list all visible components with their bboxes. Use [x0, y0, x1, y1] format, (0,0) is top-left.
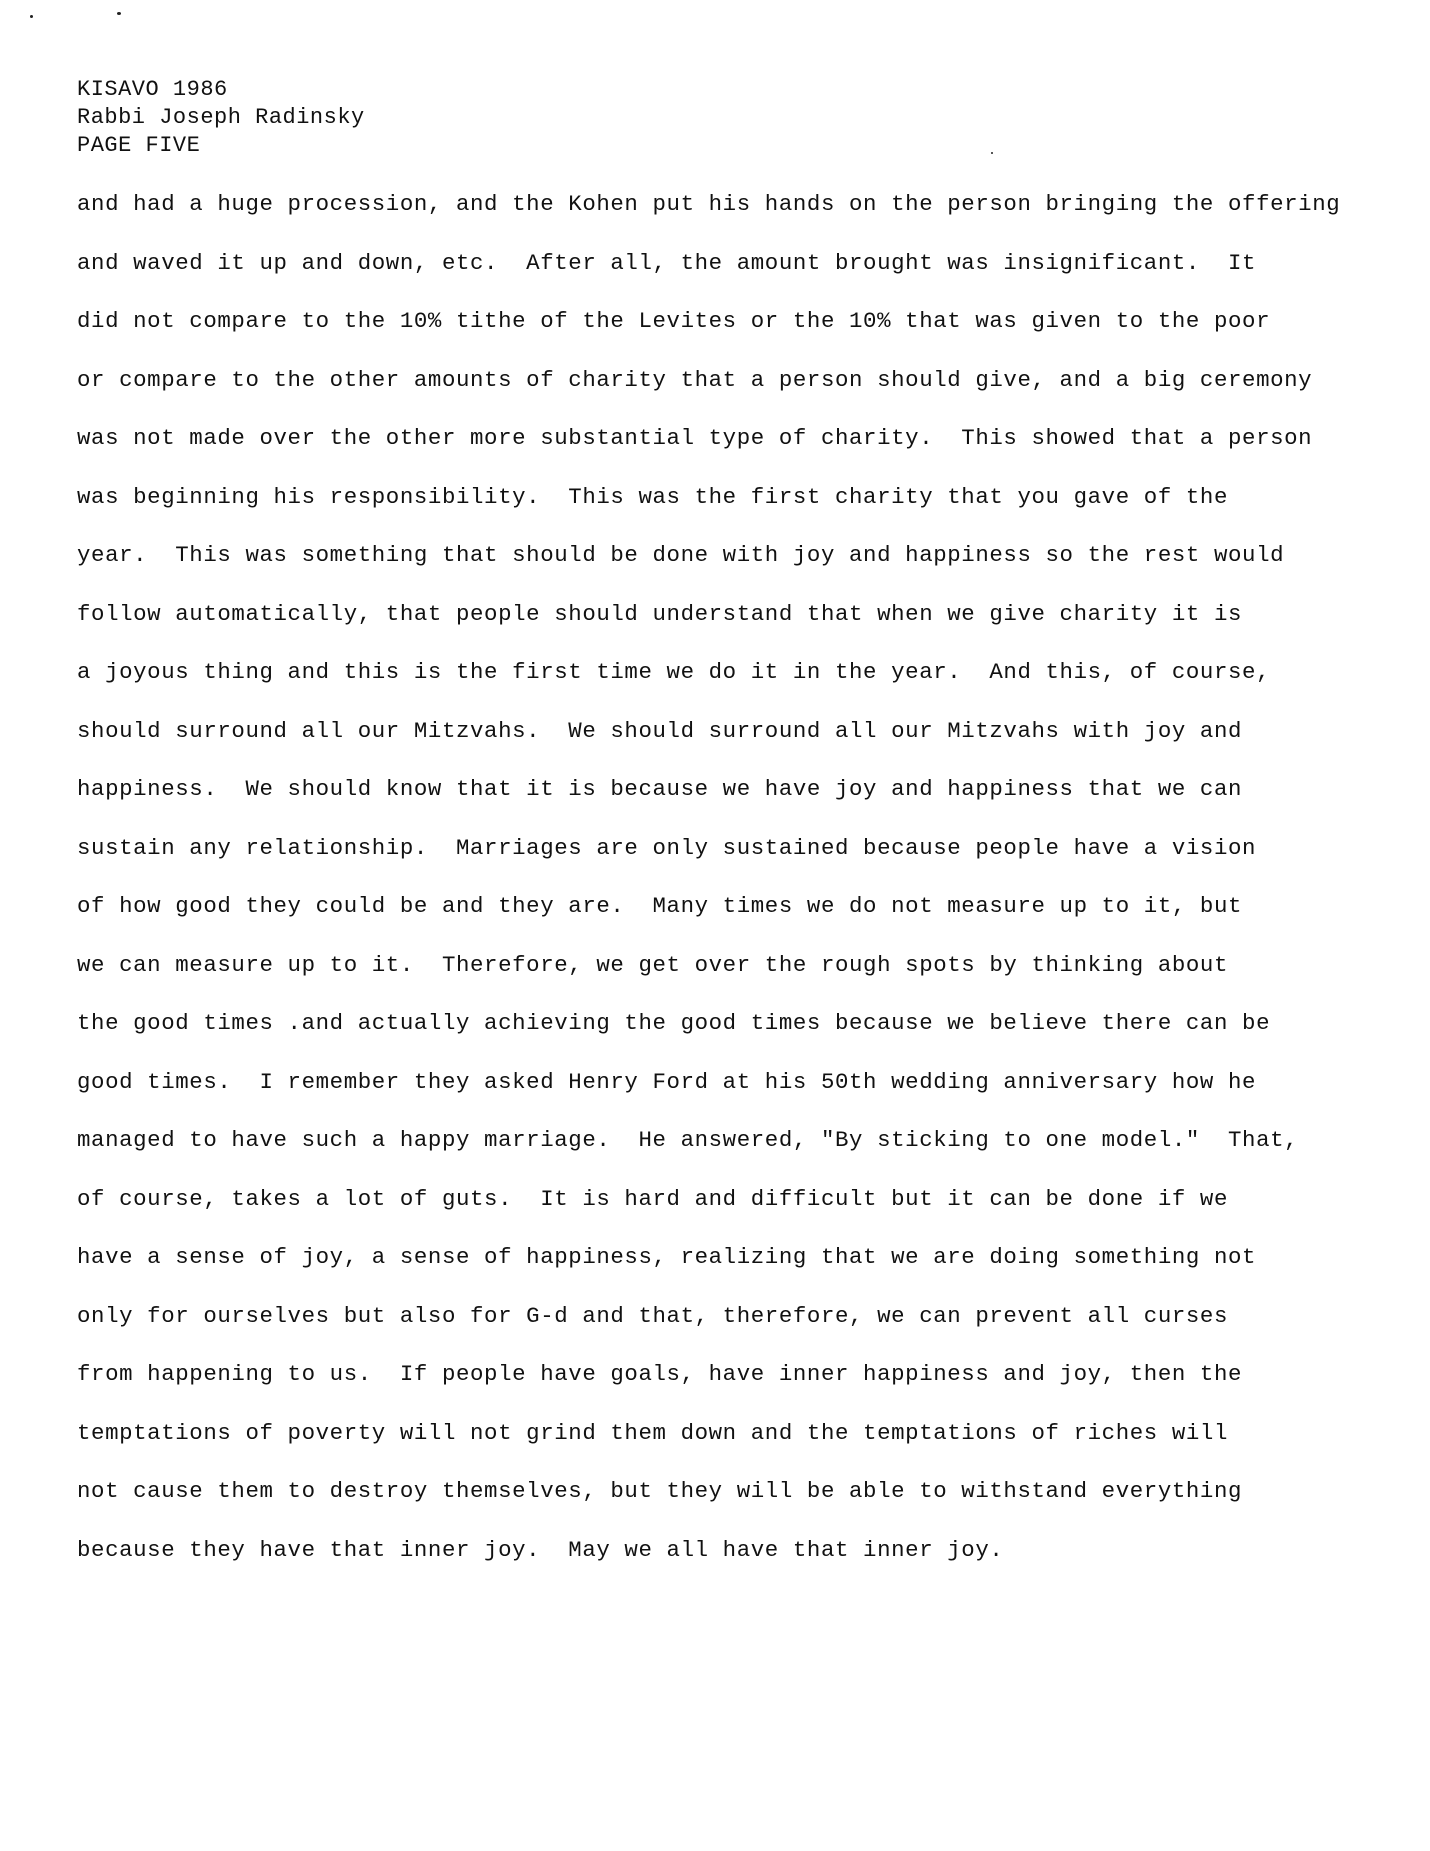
body-text-line: we can measure up to it. Therefore, we g…: [77, 951, 1377, 1010]
body-text-line: should surround all our Mitzvahs. We sho…: [77, 717, 1377, 776]
body-text-line: the good times .and actually achieving t…: [77, 1009, 1377, 1068]
body-text-line: good times. I remember they asked Henry …: [77, 1068, 1377, 1127]
body-text-line: because they have that inner joy. May we…: [77, 1536, 1377, 1595]
body-text-line: did not compare to the 10% tithe of the …: [77, 307, 1377, 366]
body-text-line: of course, takes a lot of guts. It is ha…: [77, 1185, 1377, 1244]
body-text-line: was not made over the other more substan…: [77, 424, 1377, 483]
body-text-line: have a sense of joy, a sense of happines…: [77, 1243, 1377, 1302]
body-text-line: managed to have such a happy marriage. H…: [77, 1126, 1377, 1185]
document-author: Rabbi Joseph Radinsky: [77, 104, 365, 132]
body-text-line: not cause them to destroy themselves, bu…: [77, 1477, 1377, 1536]
scan-speck: [30, 15, 33, 18]
page-label: PAGE FIVE: [77, 132, 365, 160]
document-body: and had a huge procession, and the Kohen…: [77, 190, 1377, 1594]
body-text-line: temptations of poverty will not grind th…: [77, 1419, 1377, 1478]
body-text-line: year. This was something that should be …: [77, 541, 1377, 600]
body-text-line: happiness. We should know that it is bec…: [77, 775, 1377, 834]
scan-speck: [117, 12, 121, 15]
body-text-line: follow automatically, that people should…: [77, 600, 1377, 659]
scan-speck: [991, 152, 993, 154]
body-text-line: was beginning his responsibility. This w…: [77, 483, 1377, 542]
body-text-line: and waved it up and down, etc. After all…: [77, 249, 1377, 308]
body-text-line: sustain any relationship. Marriages are …: [77, 834, 1377, 893]
body-text-line: from happening to us. If people have goa…: [77, 1360, 1377, 1419]
document-title: KISAVO 1986: [77, 76, 365, 104]
body-text-line: and had a huge procession, and the Kohen…: [77, 190, 1377, 249]
body-text-line: a joyous thing and this is the first tim…: [77, 658, 1377, 717]
body-text-line: of how good they could be and they are. …: [77, 892, 1377, 951]
document-header: KISAVO 1986 Rabbi Joseph Radinsky PAGE F…: [77, 76, 365, 160]
body-text-line: or compare to the other amounts of chari…: [77, 366, 1377, 425]
body-text-line: only for ourselves but also for G-d and …: [77, 1302, 1377, 1361]
